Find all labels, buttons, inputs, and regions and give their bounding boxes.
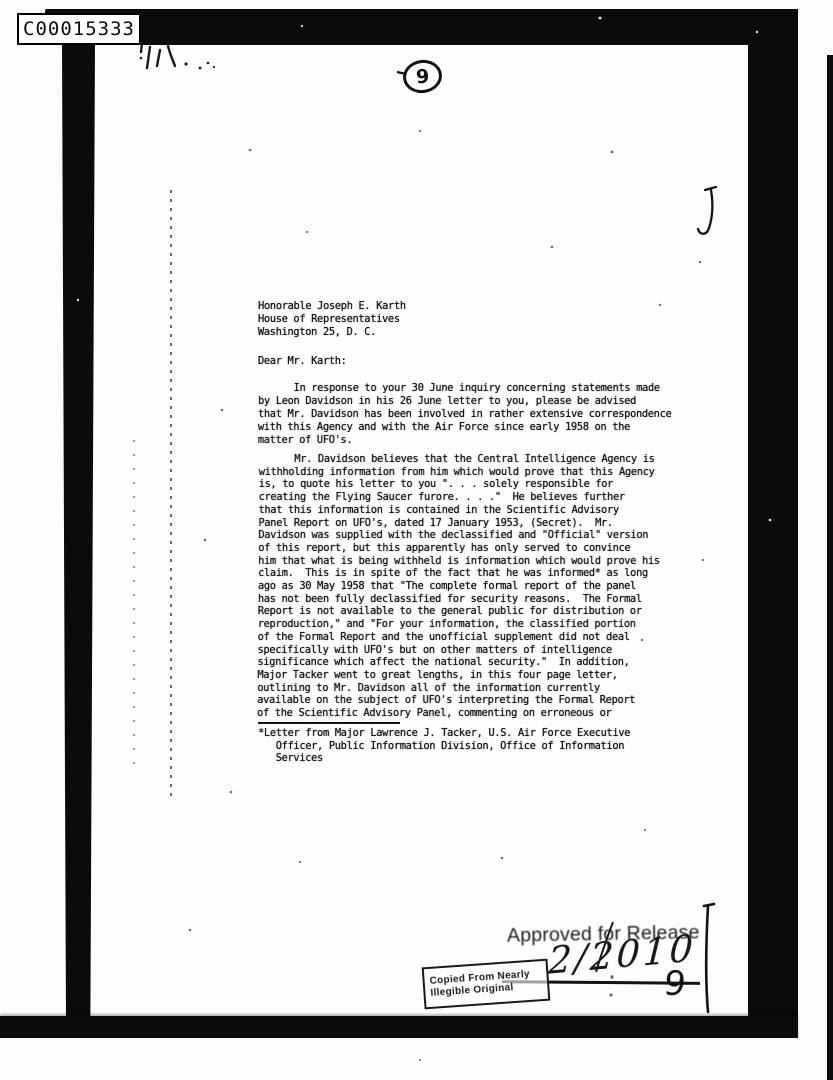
pencil-dots: [140, 57, 215, 70]
band-white-specks: [77, 17, 772, 522]
j-mark: [698, 187, 716, 234]
scanned-document-page: C00015333 9 Honorable Joseph E. Karth Ho…: [0, 0, 833, 1080]
circle-tail-mark: [397, 72, 406, 74]
scan-noise-dots: [189, 130, 704, 1061]
pen-upstroke: [596, 922, 613, 972]
pencil-scribbles: [141, 43, 175, 68]
handwritten-marks-overlay: [0, 0, 833, 1080]
margin-bracket: [704, 904, 714, 1012]
